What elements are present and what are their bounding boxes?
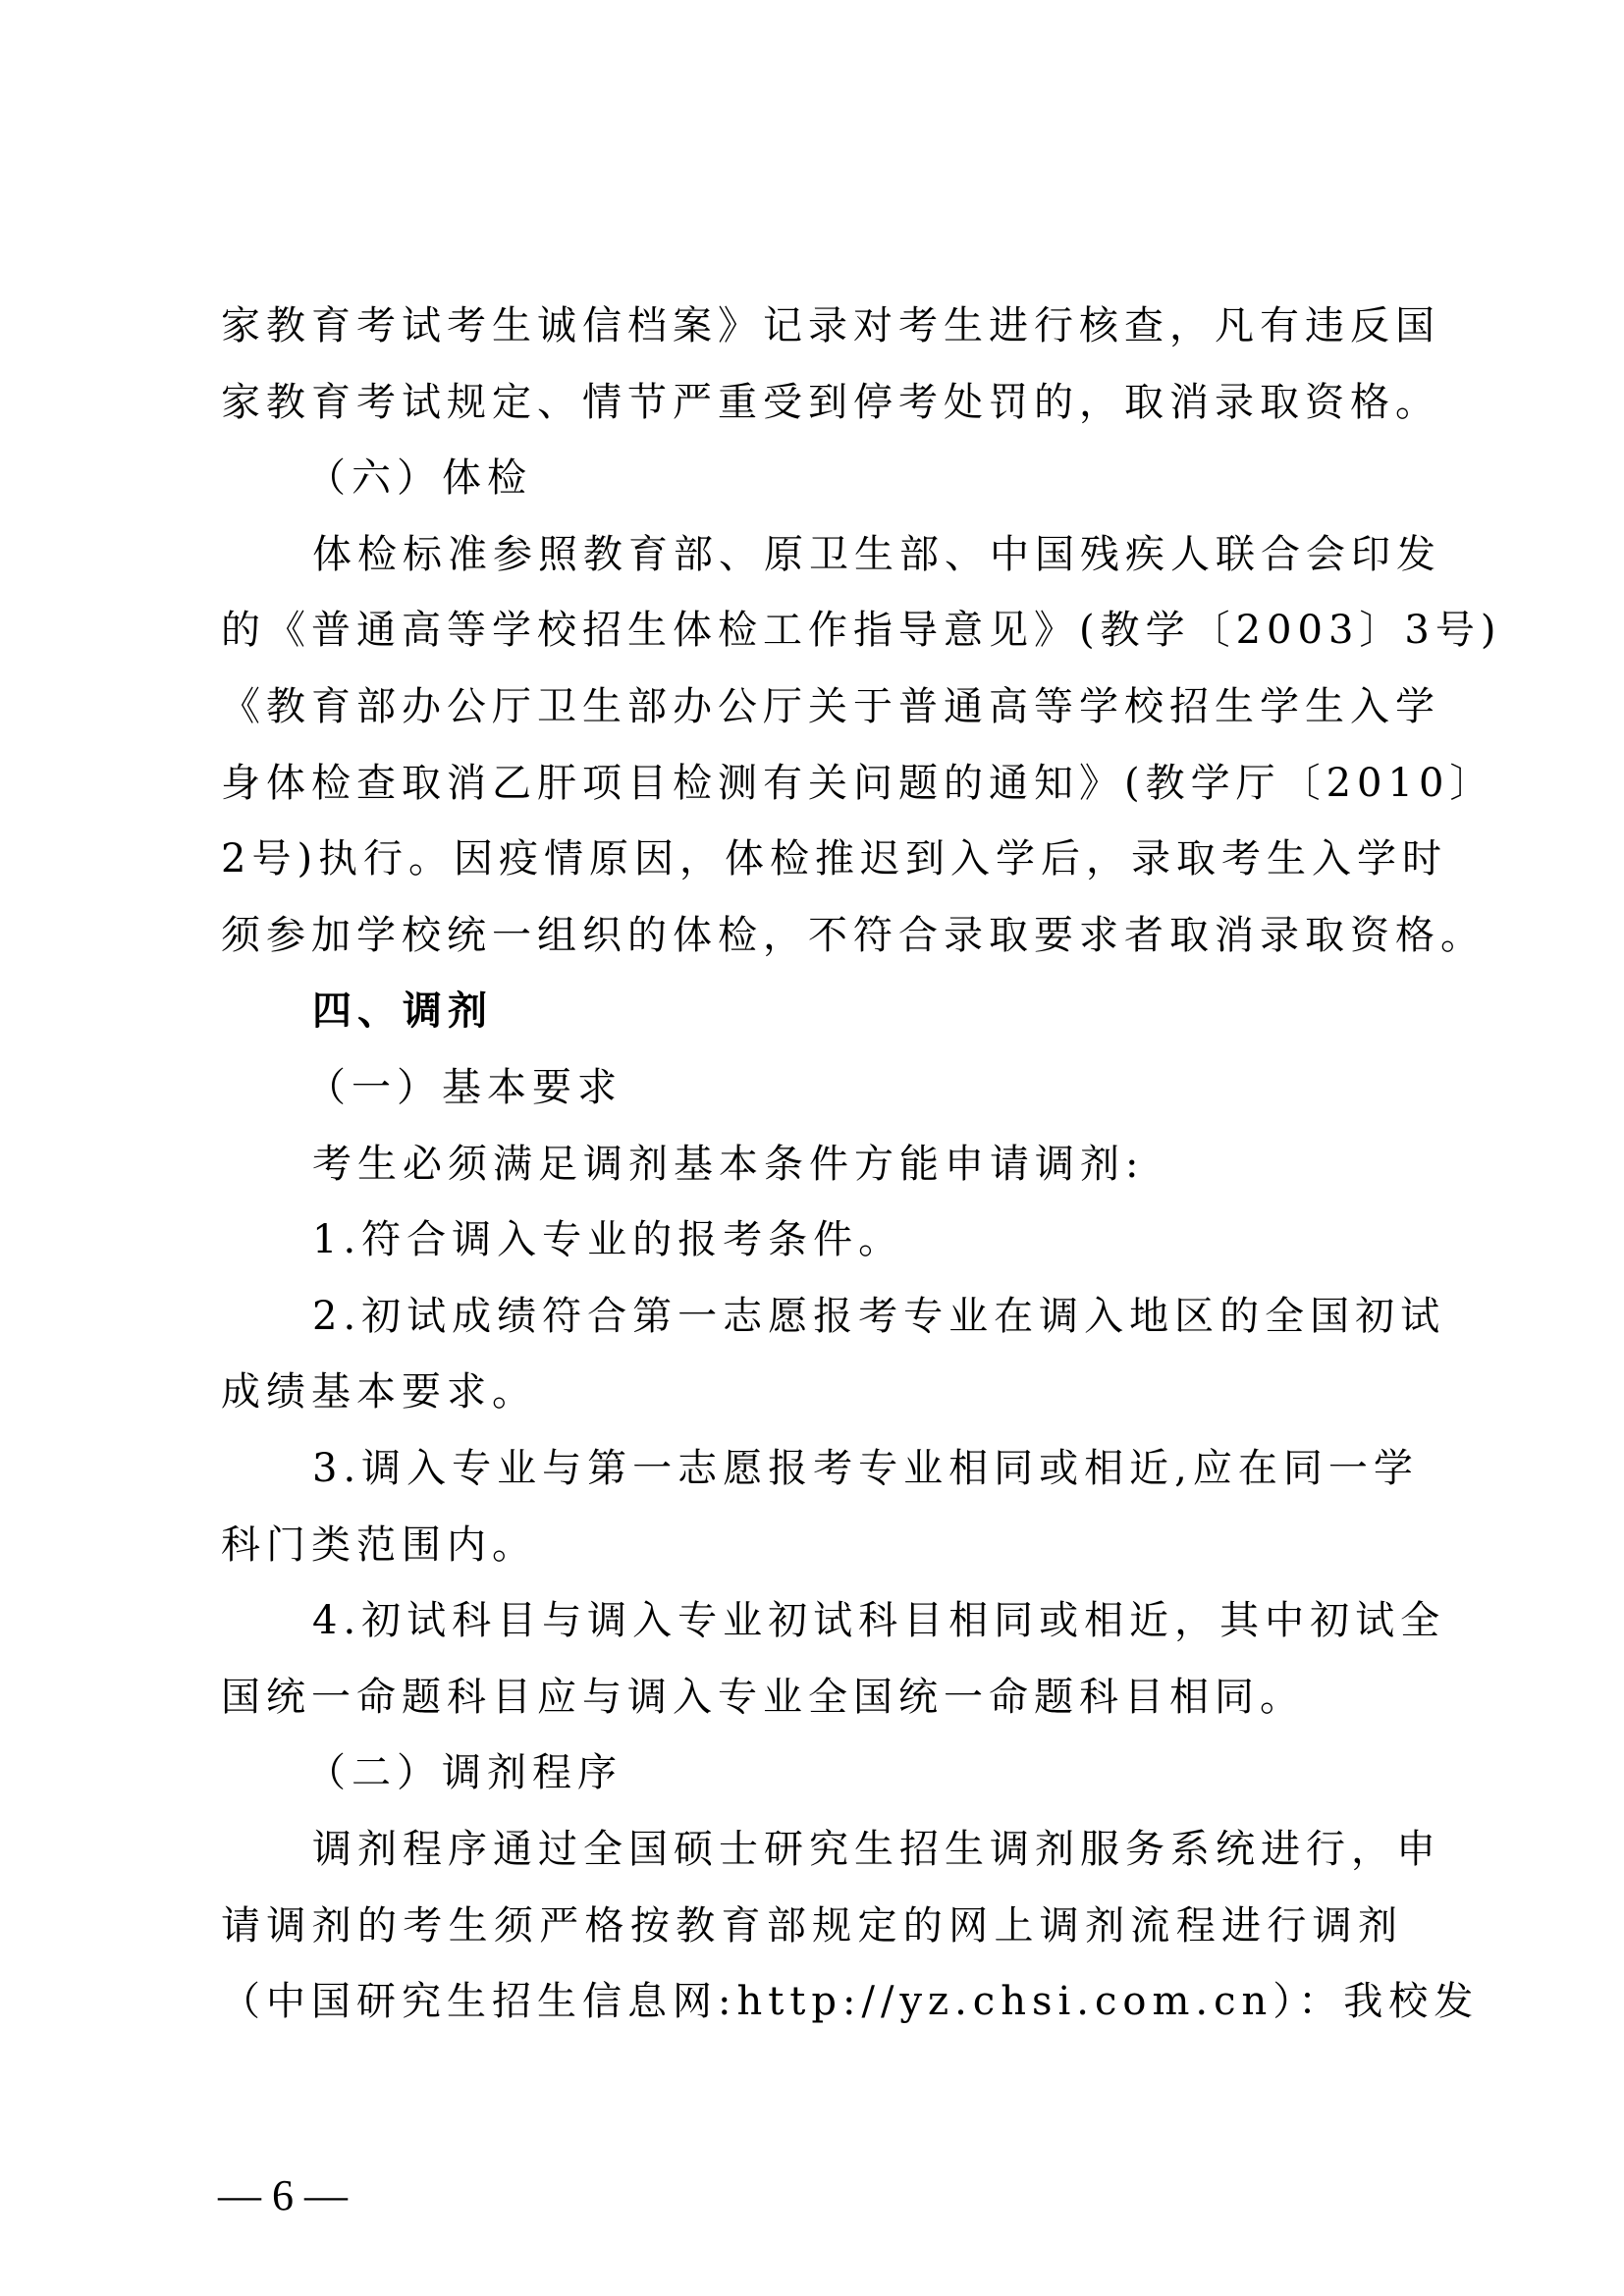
body-line: 体检标准参照教育部、原卫生部、中国残疾人联合会印发 bbox=[312, 525, 1403, 584]
body-line-with-url: （中国研究生招生信息网:http://yz.chsi.com.cn）：我校发 bbox=[221, 1972, 1403, 2031]
requirement-item-1: 1.符合调入专业的报考条件。 bbox=[312, 1210, 1403, 1269]
page-number: — 6 — bbox=[218, 2171, 348, 2220]
requirement-item-4: 4.初试科目与调入专业初试科目相同或相近，其中初试全 bbox=[312, 1591, 1403, 1650]
body-line: 的《普通高等学校招生体检工作指导意见》(教学〔2003〕3号) bbox=[221, 601, 1403, 660]
document-page: 家教育考试考生诚信档案》记录对考生进行核查，凡有违反国 家教育考试规定、情节严重… bbox=[0, 0, 1624, 2296]
body-line: 身体检查取消乙肝项目检测有关问题的通知》(教学厅〔2010〕 bbox=[221, 754, 1403, 813]
body-line: 科门类范围内。 bbox=[221, 1516, 1403, 1575]
body-line: 《教育部办公厅卫生部办公厅关于普通高等学校招生学生入学 bbox=[221, 677, 1403, 736]
section-subheading-physical-exam: （六）体检 bbox=[306, 449, 1397, 507]
body-line: 家教育考试考生诚信档案》记录对考生进行核查，凡有违反国 bbox=[221, 296, 1403, 355]
body-line: 须参加学校统一组织的体检，不符合录取要求者取消录取资格。 bbox=[221, 906, 1403, 965]
body-line: 国统一命题科目应与调入专业全国统一命题科目相同。 bbox=[221, 1668, 1403, 1727]
body-line: 考生必须满足调剂基本条件方能申请调剂: bbox=[312, 1135, 1403, 1194]
requirement-item-2: 2.初试成绩符合第一志愿报考专业在调入地区的全国初试 bbox=[312, 1287, 1403, 1346]
body-line: 家教育考试规定、情节严重受到停考处罚的，取消录取资格。 bbox=[221, 373, 1403, 432]
section-subheading-basic-requirements: （一）基本要求 bbox=[306, 1058, 1397, 1117]
requirement-item-3: 3.调入专业与第一志愿报考专业相同或相近,应在同一学 bbox=[312, 1439, 1403, 1498]
body-line: 2号)执行。因疫情原因，体检推迟到入学后，录取考生入学时 bbox=[221, 829, 1403, 888]
section-heading-adjustment: 四、调剂 bbox=[312, 982, 1403, 1041]
section-subheading-adjustment-procedure: （二）调剂程序 bbox=[306, 1743, 1397, 1802]
body-line: 请调剂的考生须严格按教育部规定的网上调剂流程进行调剂 bbox=[221, 1896, 1403, 1955]
body-line: 成绩基本要求。 bbox=[221, 1362, 1403, 1421]
body-line: 调剂程序通过全国硕士研究生招生调剂服务系统进行，申 bbox=[312, 1820, 1403, 1879]
